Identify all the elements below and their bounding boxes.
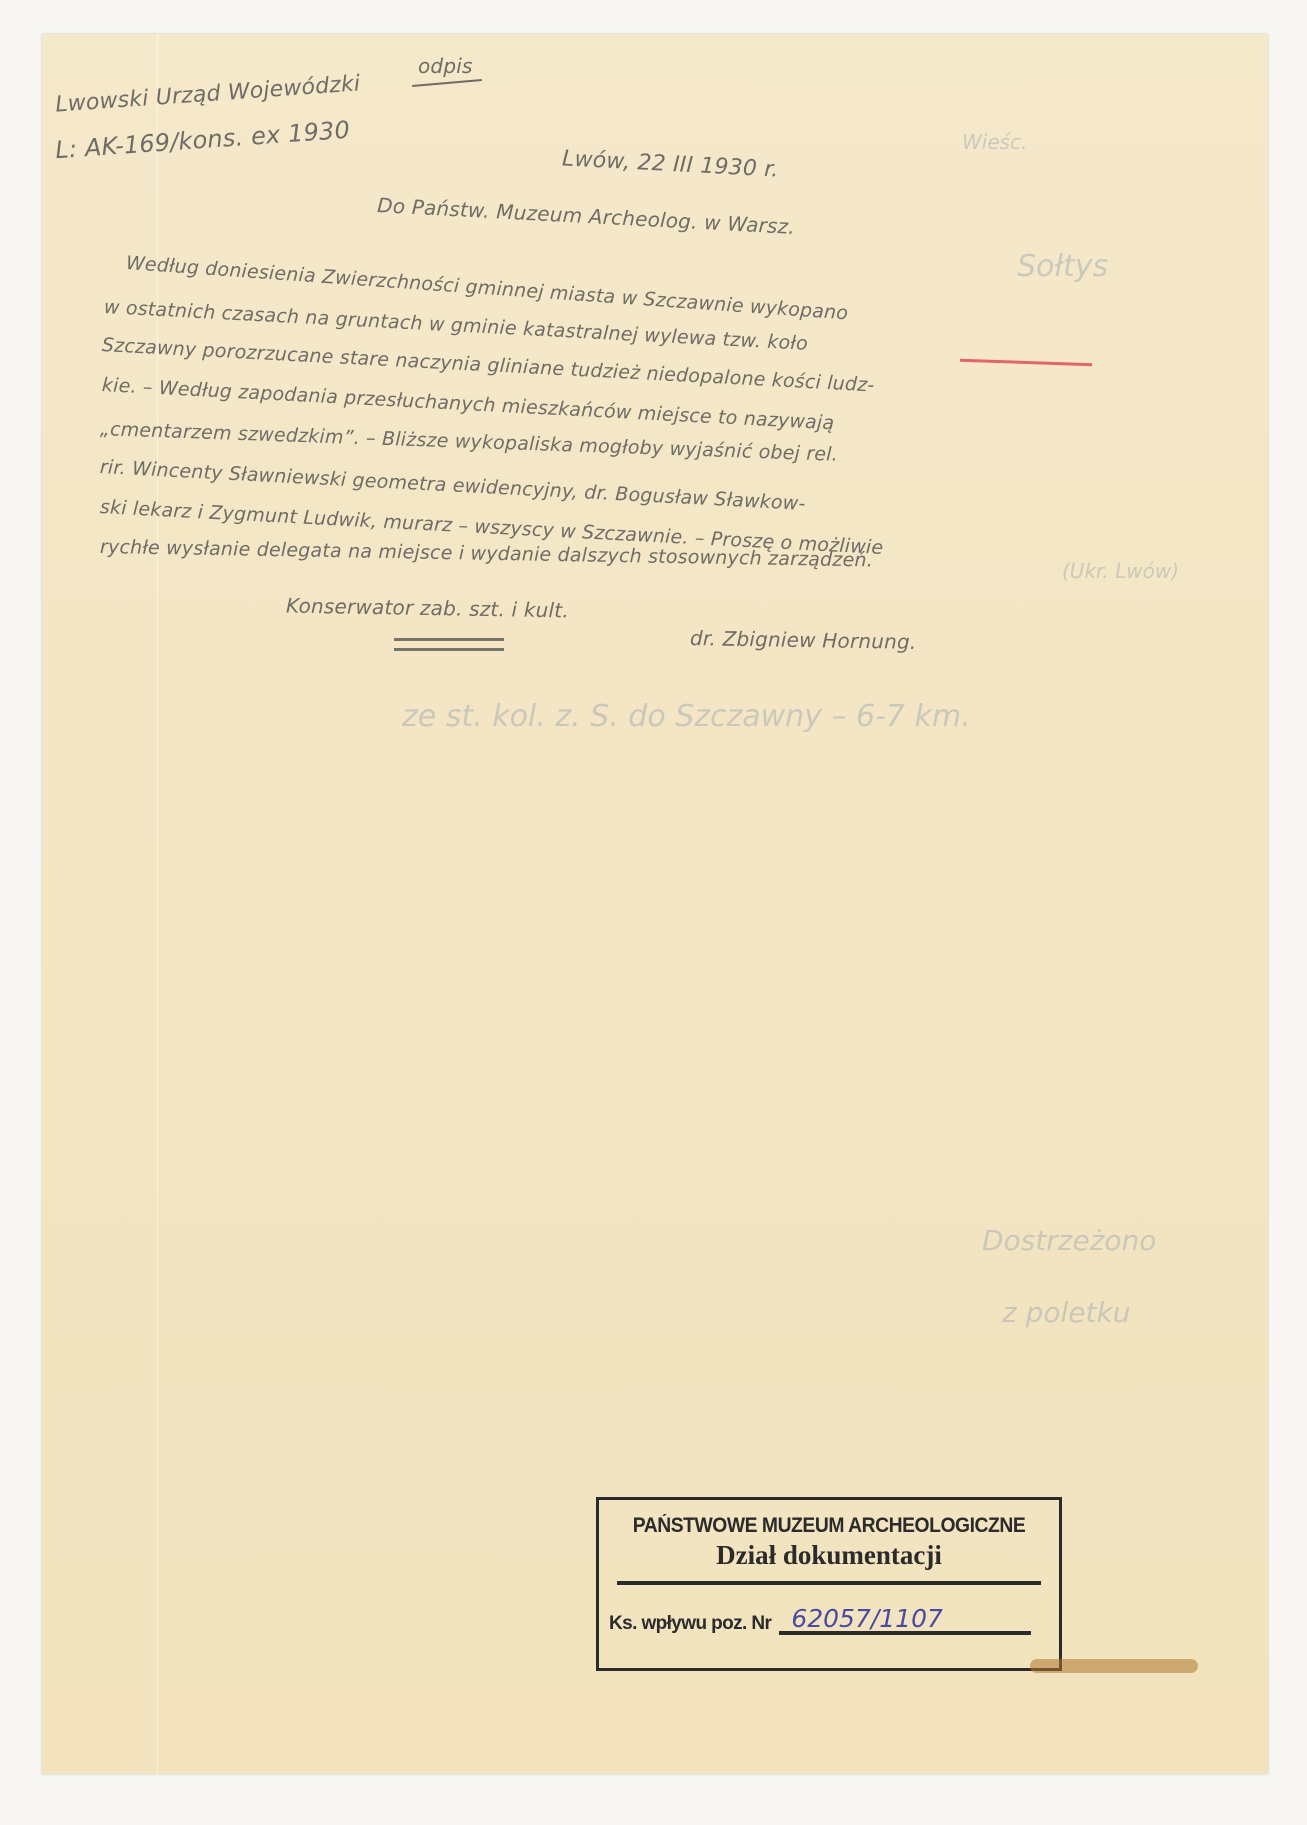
stamp-entry-field: 62057/1107	[779, 1605, 1031, 1635]
stamp-department: Dział dokumentacji	[599, 1540, 1059, 1571]
stamp-divider	[617, 1581, 1041, 1585]
double-rule-top	[394, 638, 504, 641]
stamp-entry-label: Ks. wpływu poz. Nr	[609, 1613, 771, 1635]
stamp-entry-row: Ks. wpływu poz. Nr 62057/1107	[609, 1605, 1059, 1635]
faint-note-top-right: Wieśc.	[962, 130, 1027, 154]
signature: dr. Zbigniew Hornung.	[690, 626, 917, 654]
faint-note-lower-right-2: z poletku	[1002, 1296, 1130, 1329]
red-underline-mark	[960, 359, 1092, 367]
copy-mark: odpis	[418, 54, 473, 78]
faint-note-right-margin: Sołtys	[1017, 249, 1108, 284]
reference-number: L: AK-169/kons. ex 1930	[54, 116, 350, 165]
addressee: Do Państw. Muzeum Archeolog. w Warsz.	[377, 193, 796, 239]
issuing-office: Lwowski Urząd Wojewódzki	[55, 71, 362, 117]
ink-stain	[1030, 1659, 1198, 1673]
stamp-entry-value: 62057/1107	[791, 1604, 943, 1633]
museum-stamp: PAŃSTWOWE MUZEUM ARCHEOLOGICZNE Dział do…	[596, 1497, 1062, 1671]
faint-note-right-margin-2: (Ukr. Lwów)	[1062, 559, 1179, 583]
double-rule-bottom	[394, 648, 504, 651]
faint-note-middle: ze st. kol. z. S. do Szczawny – 6-7 km.	[402, 699, 971, 734]
stamp-institution: PAŃSTWOWE MUZEUM ARCHEOLOGICZNE	[617, 1514, 1040, 1538]
closing-title: Konserwator zab. szt. i kult.	[286, 594, 569, 623]
faint-note-lower-right: Dostrzeżono	[982, 1224, 1156, 1257]
paper-fold-line	[157, 34, 158, 1774]
copy-mark-underline	[412, 79, 482, 87]
date-line: Lwów, 22 III 1930 r.	[561, 146, 779, 182]
